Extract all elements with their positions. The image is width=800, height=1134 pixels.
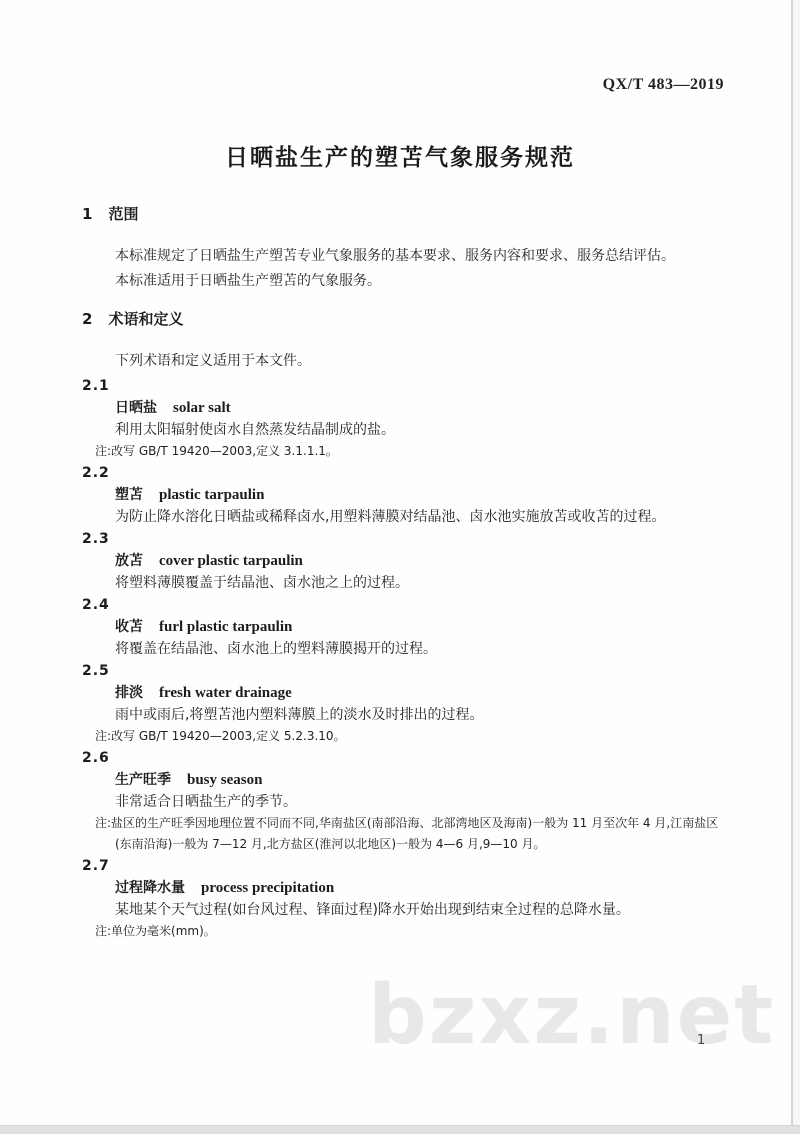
term-zh: 塑苫 bbox=[115, 487, 143, 503]
term-number: 2.7 bbox=[82, 855, 728, 877]
scope-paragraph: 本标准适用于日晒盐生产塑苫的气象服务。 bbox=[115, 269, 728, 294]
term-note: 注:改写 GB/T 19420—2003,定义 3.1.1.1。 bbox=[82, 441, 728, 462]
site-watermark: bzxz.net bbox=[368, 968, 775, 1063]
scan-edge-bottom-strip bbox=[0, 1125, 800, 1134]
scope-paragraph: 本标准规定了日晒盐生产塑苫专业气象服务的基本要求、服务内容和要求、服务总结评估。 bbox=[115, 244, 728, 269]
term-title: 塑苫plastic tarpaulin bbox=[115, 484, 728, 506]
clause-terms: 2术语和定义 下列术语和定义适用于本文件。 bbox=[82, 309, 728, 374]
term-number: 2.4 bbox=[82, 594, 728, 616]
term-number: 2.5 bbox=[82, 660, 728, 682]
term-en: furl plastic tarpaulin bbox=[159, 619, 292, 635]
term-title: 生产旺季busy season bbox=[115, 769, 728, 791]
term-definition: 雨中或雨后,将塑苫池内塑料薄膜上的淡水及时排出的过程。 bbox=[115, 704, 728, 726]
term-en: plastic tarpaulin bbox=[159, 487, 264, 503]
term-zh: 放苫 bbox=[115, 553, 143, 569]
term-entry: 2.3 放苫cover plastic tarpaulin 将塑料薄膜覆盖于结晶… bbox=[82, 528, 728, 594]
term-en: fresh water drainage bbox=[159, 685, 292, 701]
terms-intro: 下列术语和定义适用于本文件。 bbox=[115, 349, 728, 374]
term-entry: 2.4 收苫furl plastic tarpaulin 将覆盖在结晶池、卤水池… bbox=[82, 594, 728, 660]
term-number: 2.2 bbox=[82, 462, 728, 484]
document-body: 1范围 本标准规定了日晒盐生产塑苫专业气象服务的基本要求、服务内容和要求、服务总… bbox=[82, 204, 728, 942]
term-title: 过程降水量process precipitation bbox=[115, 877, 728, 899]
term-note: 注:单位为毫米(mm)。 bbox=[82, 921, 728, 942]
clause-title: 范围 bbox=[108, 205, 138, 223]
term-entry: 2.6 生产旺季busy season 非常适合日晒盐生产的季节。 注:盐区的生… bbox=[82, 747, 728, 855]
scan-edge-right-outer bbox=[793, 0, 800, 1134]
clause-number: 1 bbox=[82, 204, 92, 224]
term-definition: 非常适合日晒盐生产的季节。 bbox=[115, 791, 728, 813]
term-entry: 2.1 日晒盐solar salt 利用太阳辐射使卤水自然蒸发结晶制成的盐。 注… bbox=[82, 375, 728, 462]
clause-scope: 1范围 本标准规定了日晒盐生产塑苫专业气象服务的基本要求、服务内容和要求、服务总… bbox=[82, 204, 728, 294]
term-zh: 过程降水量 bbox=[115, 880, 185, 896]
term-definition: 将覆盖在结晶池、卤水池上的塑料薄膜揭开的过程。 bbox=[115, 638, 728, 660]
term-entry: 2.5 排淡fresh water drainage 雨中或雨后,将塑苫池内塑料… bbox=[82, 660, 728, 747]
term-definition: 利用太阳辐射使卤水自然蒸发结晶制成的盐。 bbox=[115, 419, 728, 441]
term-zh: 生产旺季 bbox=[115, 772, 171, 788]
term-en: solar salt bbox=[173, 400, 231, 416]
term-note: 注:改写 GB/T 19420—2003,定义 5.2.3.10。 bbox=[82, 726, 728, 747]
term-en: process precipitation bbox=[201, 880, 334, 896]
scan-edge-right-line bbox=[791, 0, 793, 1134]
term-number: 2.6 bbox=[82, 747, 728, 769]
term-title: 放苫cover plastic tarpaulin bbox=[115, 550, 728, 572]
term-zh: 收苫 bbox=[115, 619, 143, 635]
term-definition: 某地某个天气过程(如台风过程、锋面过程)降水开始出现到结束全过程的总降水量。 bbox=[115, 899, 728, 921]
standard-number: QX/T 483—2019 bbox=[603, 76, 724, 94]
clause-scope-heading: 1范围 bbox=[82, 204, 728, 224]
document-page: QX/T 483—2019 日晒盐生产的塑苫气象服务规范 1范围 本标准规定了日… bbox=[0, 0, 800, 1134]
term-en: busy season bbox=[187, 772, 262, 788]
term-entry: 2.2 塑苫plastic tarpaulin 为防止降水溶化日晒盐或稀释卤水,… bbox=[82, 462, 728, 528]
page-number: 1 bbox=[697, 1033, 705, 1048]
clause-number: 2 bbox=[82, 309, 92, 329]
term-note: 注:盐区的生产旺季因地理位置不同而不同,华南盐区(南部沿海、北部湾地区及海南)一… bbox=[82, 813, 728, 855]
term-number: 2.1 bbox=[82, 375, 728, 397]
term-zh: 日晒盐 bbox=[115, 400, 157, 416]
term-title: 收苫furl plastic tarpaulin bbox=[115, 616, 728, 638]
term-definition: 为防止降水溶化日晒盐或稀释卤水,用塑料薄膜对结晶池、卤水池实施放苫或收苫的过程。 bbox=[115, 506, 728, 528]
term-definition: 将塑料薄膜覆盖于结晶池、卤水池之上的过程。 bbox=[115, 572, 728, 594]
clause-title: 术语和定义 bbox=[108, 310, 183, 328]
clause-terms-heading: 2术语和定义 bbox=[82, 309, 728, 329]
page-title: 日晒盐生产的塑苫气象服务规范 bbox=[0, 139, 800, 172]
term-zh: 排淡 bbox=[115, 685, 143, 701]
term-title: 排淡fresh water drainage bbox=[115, 682, 728, 704]
term-entry: 2.7 过程降水量process precipitation 某地某个天气过程(… bbox=[82, 855, 728, 942]
term-number: 2.3 bbox=[82, 528, 728, 550]
term-en: cover plastic tarpaulin bbox=[159, 553, 303, 569]
term-title: 日晒盐solar salt bbox=[115, 397, 728, 419]
